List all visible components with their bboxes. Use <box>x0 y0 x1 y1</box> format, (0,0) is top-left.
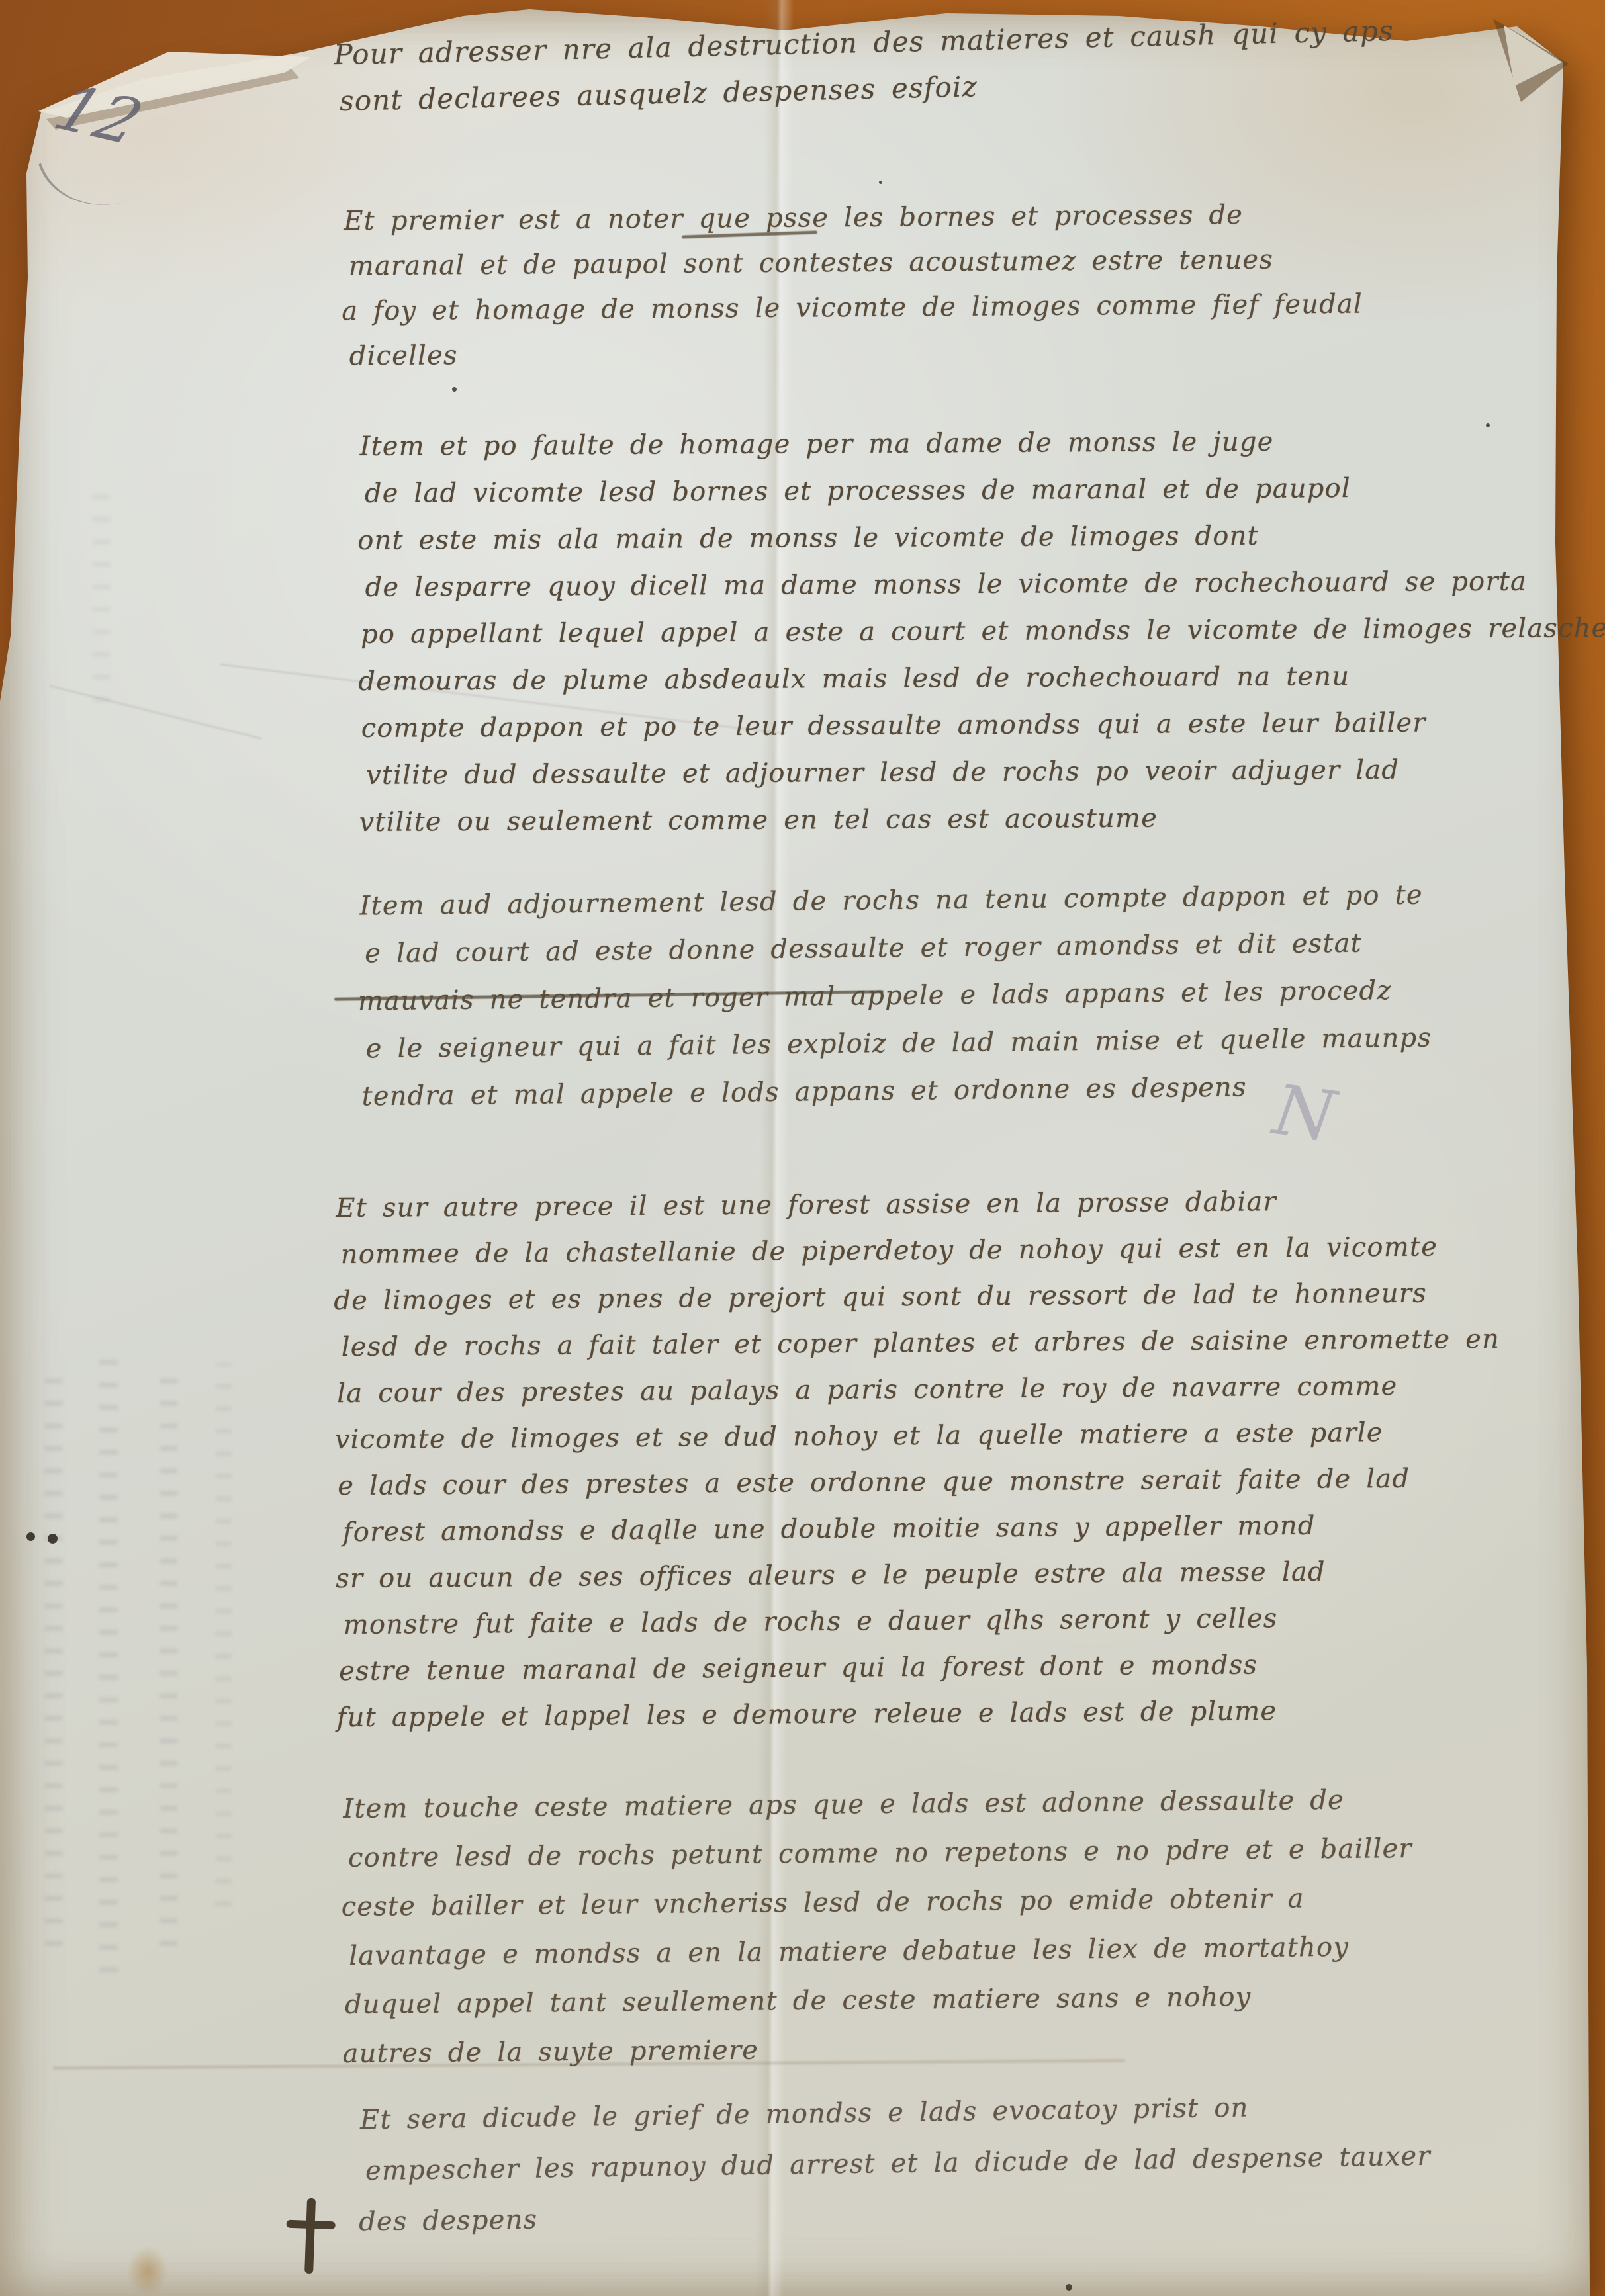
manuscript-line: compte dappon et po te leur dessaulte am… <box>361 699 1605 752</box>
cross-vertical-stroke <box>304 2198 316 2274</box>
paragraph-closing: Et sera dicude le grief de mondss e lads… <box>359 2080 1427 2248</box>
ink-speck <box>452 387 457 392</box>
cross-horizontal-stroke <box>286 2220 335 2230</box>
manuscript-line: dicelles <box>349 327 1370 379</box>
manuscript-line: demouras de plume absdeaulx mais lesd de… <box>358 652 1605 705</box>
ink-speck <box>1486 423 1490 427</box>
header: Pour adresser nre ala destruction des ma… <box>334 8 1396 124</box>
manuscript-line: Et sur autre prece il est une forest ass… <box>336 1177 1494 1231</box>
paragraph-bornes: Et premier est a noter que psse les born… <box>344 192 1366 379</box>
paragraph-touche: Item touche ceste matiere aps que e lads… <box>343 1775 1409 2078</box>
ink-speck <box>1066 2284 1072 2291</box>
manuscript-line: vtilite dud dessaulte et adjourner lesd … <box>366 746 1605 799</box>
manuscript-line: fut appele et lappel les e demoure releu… <box>336 1687 1495 1741</box>
manuscript-line: lavantage e mondss a en la matiere debat… <box>349 1922 1413 1980</box>
photo-of-manuscript: 12 Pour adresser nre ala destruction des… <box>0 0 1605 2296</box>
handwritten-text-layer: Pour adresser nre ala destruction des ma… <box>0 0 1605 2296</box>
ink-speck <box>879 181 882 184</box>
manuscript-line: sr ou aucun de ses offices aleurs e le p… <box>336 1548 1494 1602</box>
manuscript-line: e lads cour des prestes a este ordonne q… <box>338 1455 1496 1509</box>
ink-stain <box>127 2246 168 2296</box>
cross-mark <box>279 2197 342 2277</box>
manuscript-line: estre tenue maranal de seigneur qui la f… <box>339 1640 1498 1695</box>
manuscript-line: vtilite ou seulement comme en tel cas es… <box>359 793 1605 846</box>
manuscript-line: forest amondss e daqlle une double moiti… <box>343 1501 1502 1556</box>
manuscript-line: lesd de rochs a fait taler et coper plan… <box>342 1316 1500 1370</box>
manuscript-line: Item touche ceste matiere aps que e lads… <box>343 1775 1407 1833</box>
manuscript-line: la cour des prestes au palays a paris co… <box>337 1362 1496 1417</box>
paragraph-forest: Et sur autre prece il est une forest ass… <box>336 1177 1498 1741</box>
manuscript-line: contre lesd de rochs petunt comme no rep… <box>348 1824 1412 1882</box>
manuscript-line: de lad vicomte lesd bornes et processes … <box>365 464 1605 517</box>
manuscript-line: Et premier est a noter que psse les born… <box>344 192 1365 244</box>
manuscript-line: Item et po faulte de homage per ma dame … <box>359 417 1605 470</box>
ink-speck <box>635 820 639 824</box>
margin-ink-dot <box>26 1532 35 1541</box>
paragraph-faulte-homage: Item et po faulte de homage per ma dame … <box>359 417 1605 846</box>
faint-margin-letter: N <box>1269 1069 1340 1158</box>
manuscript-line: a foy et homage de monss le vicomte de l… <box>342 282 1363 334</box>
manuscript-line: ont este mis ala main de monss le vicomt… <box>357 511 1605 564</box>
manuscript-line: po appellant lequel appel a este a court… <box>361 605 1605 658</box>
manuscript-line: de lesparre quoy dicell ma dame monss le… <box>365 558 1605 611</box>
manuscript-line: vicomte de limoges et se dud nohoy et la… <box>335 1409 1494 1463</box>
manuscript-line: de limoges et es pnes de prejort qui son… <box>334 1270 1492 1324</box>
margin-ink-dot <box>48 1534 58 1544</box>
manuscript-line: autres de la suyte premiere <box>342 2020 1406 2078</box>
manuscript-line: ceste bailler et leur vncheriss lesd de … <box>341 1873 1405 1931</box>
manuscript-line: monstre fut faite e lads de rochs e daue… <box>343 1594 1502 1648</box>
manuscript-line: maranal et de paupol sont contestes acou… <box>349 237 1370 289</box>
manuscript-line: nommee de la chastellanie de piperdetoy … <box>341 1223 1500 1278</box>
manuscript-line: duquel appel tant seullement de ceste ma… <box>345 1971 1409 2029</box>
